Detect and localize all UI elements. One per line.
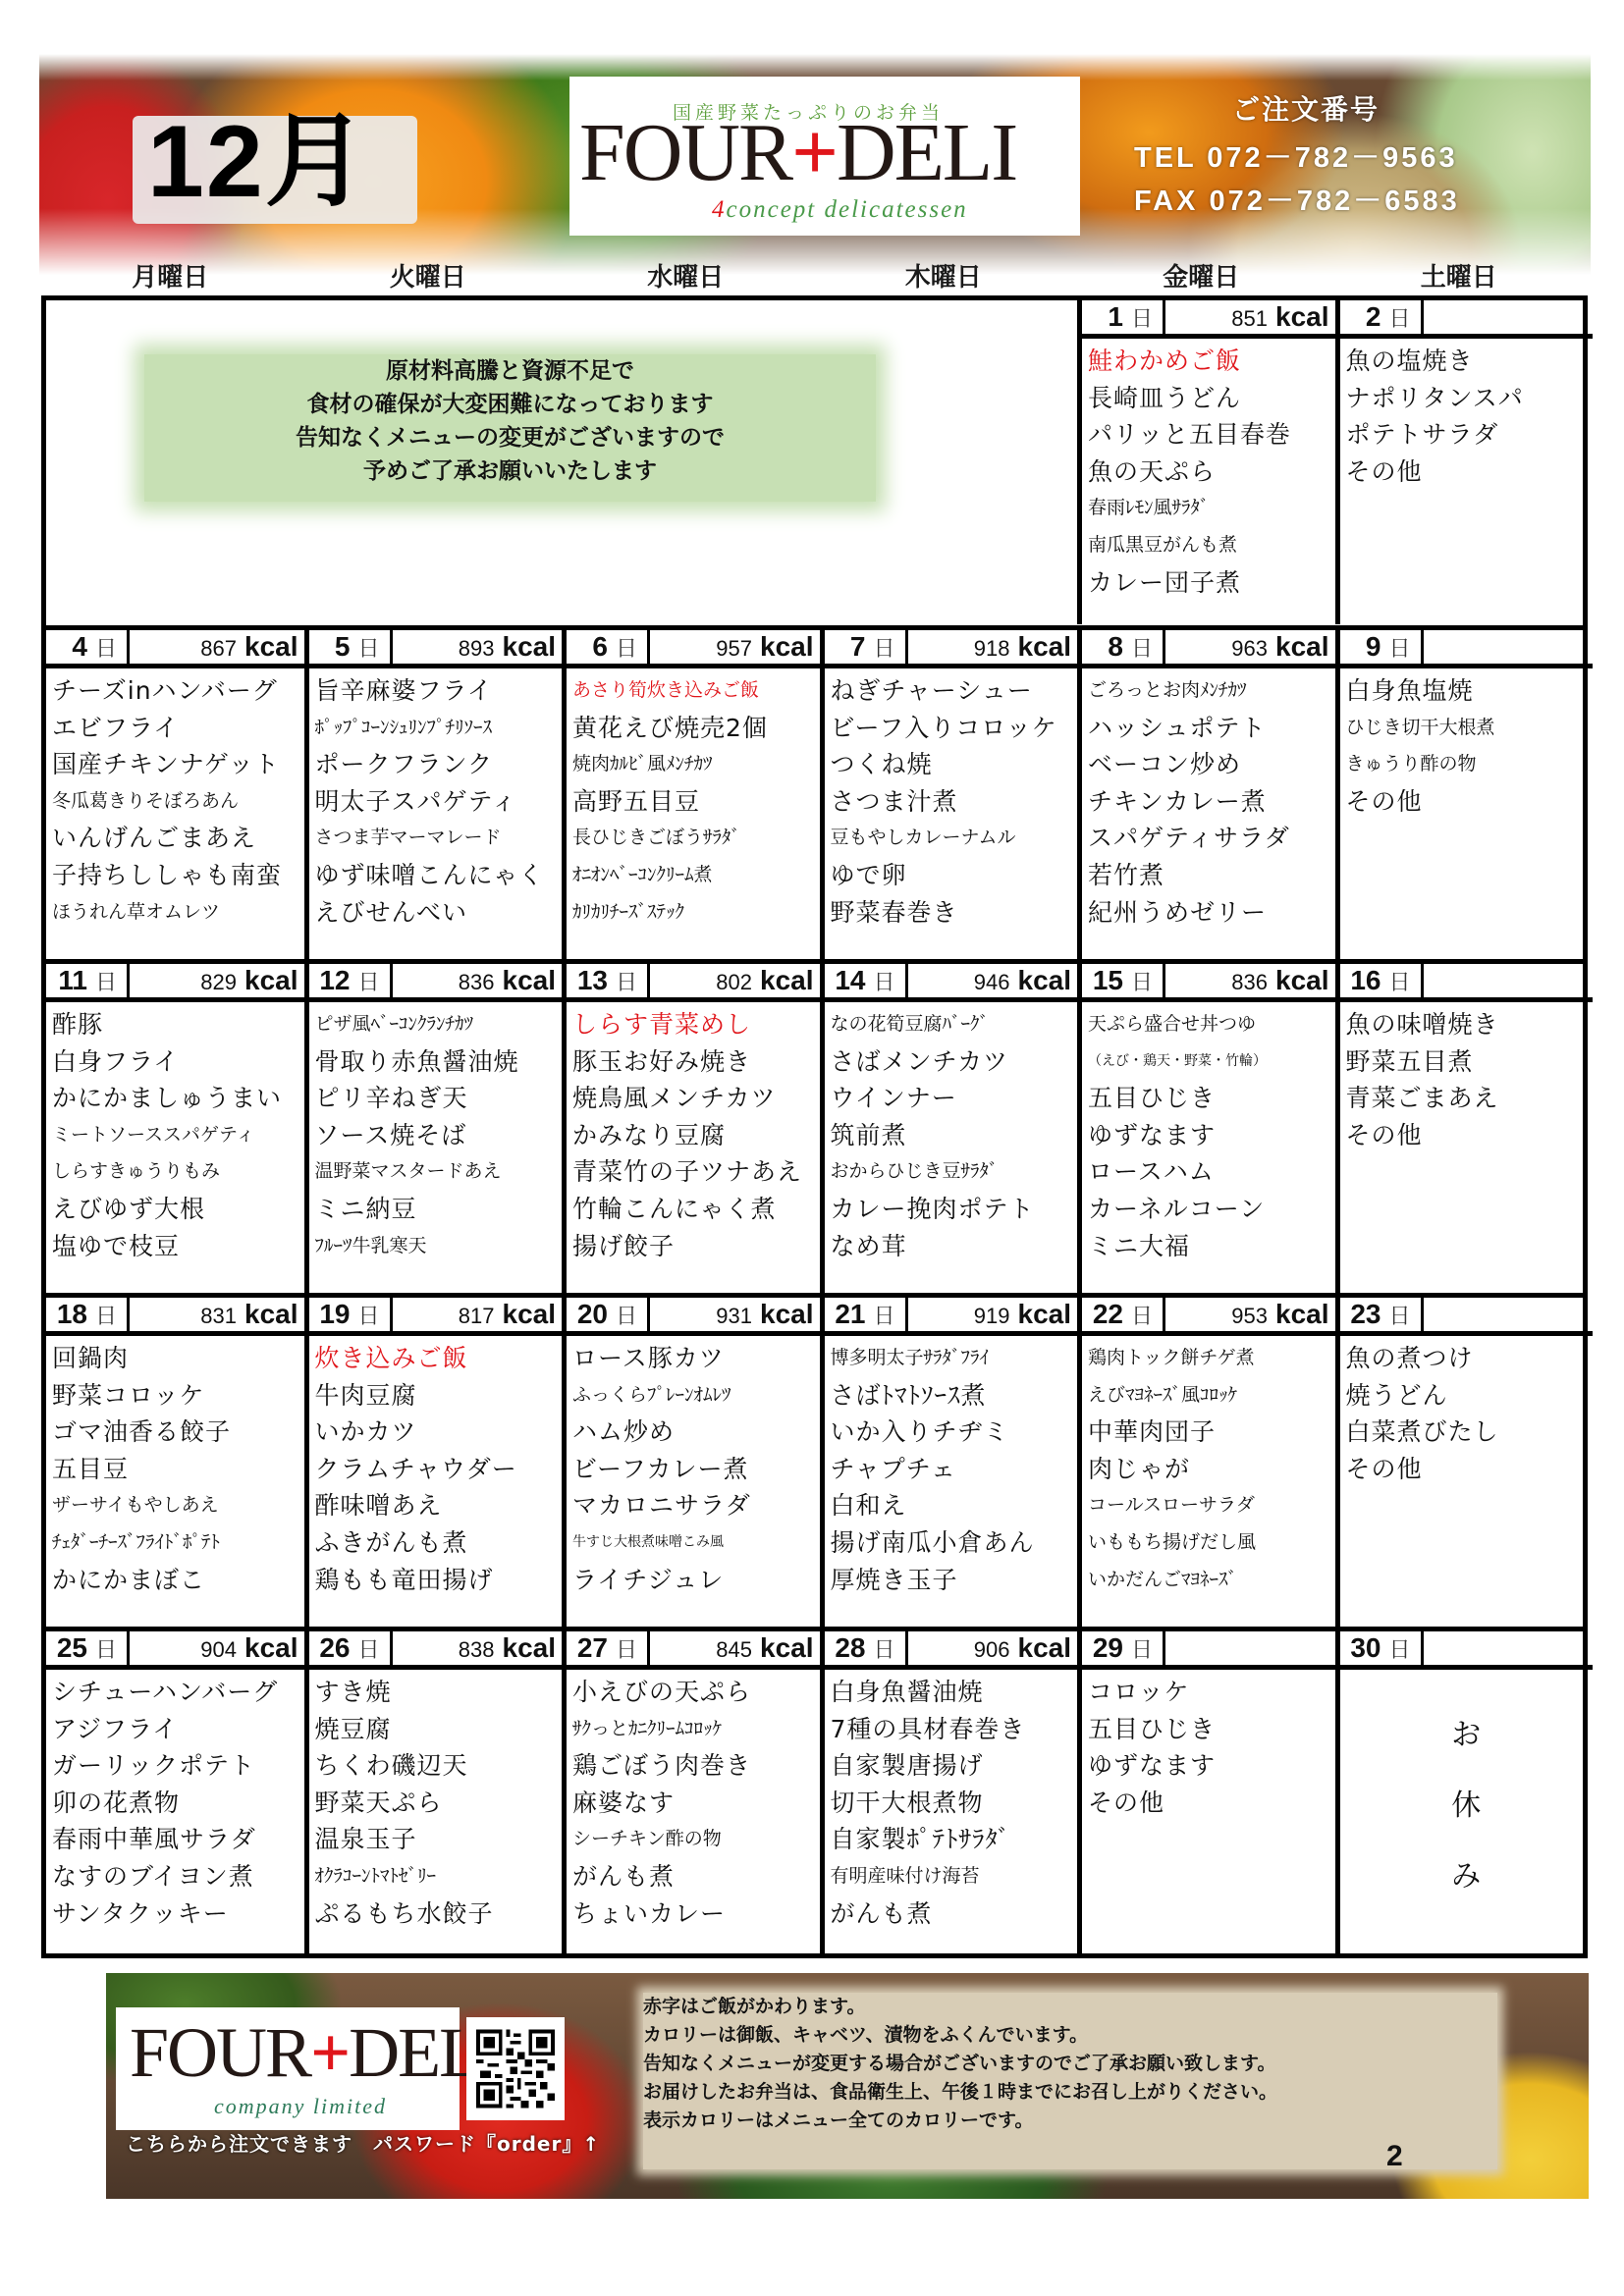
day-number-value: 16 [1348, 964, 1381, 997]
calendar-week-1: 原材料高騰と資源不足で 食材の確保が大変困難になっております 告知なくメニューの… [46, 300, 1583, 624]
menu-item: ﾎﾟｯﾌﾟｺｰﾝｼｭﾘﾝﾌﾟﾁﾘｿｰｽ [315, 710, 563, 747]
menu-item: 焼うどん [1346, 1377, 1594, 1415]
menu-item: 竹輪こんにゃく煮 [572, 1191, 820, 1228]
day-suffix: 日 [874, 1637, 895, 1662]
menu-item: 野菜春巻き [831, 894, 1078, 932]
day-suffix: 日 [1389, 970, 1411, 994]
menu-item: パリッと五目春巻 [1088, 416, 1335, 454]
menu-item-list: 白身魚醤油焼7種の具材春巻き自家製唐揚げ切干大根煮物自家製ﾎﾟﾃﾄｻﾗﾀﾞ有明産… [825, 1670, 1078, 1932]
logo-sub-text: concept delicatessen [727, 196, 968, 223]
day-header: 14日946kcal [825, 964, 1078, 1002]
day-suffix: 日 [358, 970, 380, 994]
day-header: 9日 [1340, 630, 1594, 668]
day-number: 23日 [1340, 1298, 1424, 1331]
menu-item: さばﾄﾏﾄｿｰｽ煮 [831, 1377, 1078, 1415]
notice-line: 告知なくメニューの変更がございますので [144, 421, 876, 454]
kcal-number: 817 [459, 1304, 495, 1328]
menu-item: 白身魚塩焼 [1346, 672, 1594, 710]
menu-item: 魚の天ぷら [1088, 454, 1335, 491]
menu-item-list: 天ぷら盛合せ丼つゆ（えび・鶏天・野菜・竹輪）五目ひじきゆずなますロースハムカーネ… [1082, 1002, 1335, 1264]
menu-item: ひじき切干大根煮 [1346, 710, 1594, 747]
day-cell-26: 26日838kcalすき焼焼豆腐ちくわ磯辺天野菜天ぷら温泉玉子ｵｸﾗｺｰﾝﾄﾏﾄ… [304, 1631, 563, 1953]
menu-item: ビーフカレー煮 [572, 1451, 820, 1488]
notice-cell: 原材料高騰と資源不足で 食材の確保が大変困難になっております 告知なくメニューの… [46, 300, 1076, 624]
menu-item: 酢味噌あえ [315, 1487, 563, 1524]
menu-item: ｵﾆｵﾝﾍﾞｰｺﾝｸﾘｰﾑ煮 [572, 857, 820, 894]
day-suffix: 日 [616, 970, 637, 994]
menu-item: ポテトサラダ [1346, 416, 1594, 454]
day-number-value: 20 [574, 1298, 608, 1331]
kcal-number: 957 [716, 636, 752, 661]
day-number-value: 14 [833, 964, 866, 997]
menu-item: ロースハム [1088, 1153, 1335, 1191]
day-number: 19日 [309, 1298, 393, 1331]
calorie-value: 836kcal [393, 964, 563, 997]
kcal-number: 946 [974, 970, 1010, 994]
day-suffix: 日 [358, 1637, 380, 1662]
day-number-value: 12 [317, 964, 351, 997]
day-number-value: 27 [574, 1631, 608, 1665]
menu-item: 切干大根煮物 [831, 1785, 1078, 1822]
menu-item: ﾌﾙｰﾂ牛乳寒天 [315, 1228, 563, 1265]
order-number-title: ご注文番号 [1232, 88, 1380, 128]
day-cell-13: 13日802kcalしらす青菜めし豚玉お好み焼き焼鳥風メンチカツかみなり豆腐青菜… [562, 964, 820, 1293]
day-cell-19: 19日817kcal炊き込みご飯牛肉豆腐いかカツクラムチャウダー酢味噌あえふきが… [304, 1298, 563, 1627]
calendar-week-5: 25日904kcalシチューハンバーグアジフライガーリックポテト卯の花煮物春雨中… [46, 1627, 1583, 1953]
day-suffix: 日 [358, 1304, 380, 1328]
menu-item: なの花筍豆腐ﾊﾞｰｸﾞ [831, 1006, 1078, 1043]
calorie-value [1424, 1631, 1594, 1665]
day-header: 19日817kcal [309, 1298, 563, 1336]
plus-icon: + [791, 107, 837, 198]
calorie-value: 836kcal [1165, 964, 1335, 997]
menu-item: 魚の煮つけ [1346, 1340, 1594, 1377]
day-number: 8日 [1082, 630, 1165, 664]
day-number: 29日 [1082, 1631, 1165, 1665]
day-number: 18日 [46, 1298, 130, 1331]
menu-item: 白身フライ [52, 1043, 304, 1081]
kcal-unit: kcal [244, 965, 298, 995]
calorie-value: 838kcal [393, 1631, 563, 1665]
menu-item: コロッケ [1088, 1674, 1335, 1711]
day-header: 16日 [1340, 964, 1594, 1002]
calorie-value [1424, 630, 1594, 664]
menu-item: クラムチャウダー [315, 1451, 563, 1488]
kcal-number: 963 [1231, 636, 1268, 661]
menu-item-list: 小えびの天ぷらｻｸっとｶﾆｸﾘｰﾑｺﾛｯｹ鶏ごぼう肉巻き麻婆なすシーチキン酢の物… [567, 1670, 820, 1932]
menu-item: 紀州うめゼリー [1088, 894, 1335, 932]
kcal-number: 838 [459, 1637, 495, 1662]
kcal-unit: kcal [760, 1299, 814, 1329]
menu-item: ゆずなます [1088, 1117, 1335, 1154]
kcal-number: 802 [716, 970, 752, 994]
day-cell-5: 5日893kcal旨辛麻婆フライﾎﾟｯﾌﾟｺｰﾝｼｭﾘﾝﾌﾟﾁﾘｿｰｽポークフラ… [304, 630, 563, 959]
day-number: 12日 [309, 964, 393, 997]
logo-word-four: FOUR [579, 107, 791, 198]
day-cell-14: 14日946kcalなの花筍豆腐ﾊﾞｰｸﾞさばメンチカツウインナー筑前煮おからひ… [820, 964, 1078, 1293]
menu-item: 卯の花煮物 [52, 1785, 304, 1822]
supply-notice-box: 原材料高騰と資源不足で 食材の確保が大変困難になっております 告知なくメニューの… [144, 354, 876, 502]
calorie-value: 906kcal [908, 1631, 1078, 1665]
menu-item: 揚げ餃子 [572, 1228, 820, 1265]
day-number-value: 30 [1348, 1631, 1381, 1665]
notice-line: 原材料高騰と資源不足で [144, 354, 876, 388]
day-cell-29: 29日コロッケ五目ひじきゆずなますその他 [1077, 1631, 1335, 1953]
day-number-value: 8 [1090, 630, 1123, 664]
menu-item-list: 白身魚塩焼ひじき切干大根煮きゅうり酢の物その他 [1340, 668, 1594, 820]
day-header: 15日836kcal [1082, 964, 1335, 1002]
day-header: 1日851kcal [1082, 300, 1335, 339]
menu-item: なめ茸 [831, 1228, 1078, 1265]
menu-calendar-grid: 原材料高騰と資源不足で 食材の確保が大変困難になっております 告知なくメニューの… [41, 295, 1588, 1958]
menu-item: ライチジュレ [572, 1562, 820, 1599]
calorie-value: 918kcal [908, 630, 1078, 664]
day-number: 13日 [567, 964, 650, 997]
menu-item: いかだんごﾏﾖﾈｰｽﾞ [1088, 1562, 1335, 1599]
footer-note: カロリーは御飯、キャベツ、漬物をふくんでいます。 [643, 2021, 1497, 2050]
day-number-value: 22 [1090, 1298, 1123, 1331]
day-header: 29日 [1082, 1631, 1335, 1670]
menu-item: 子持ちししゃも南蛮 [52, 857, 304, 894]
menu-item: 冬瓜葛きりそぼろあん [52, 783, 304, 821]
calorie-value: 829kcal [130, 964, 304, 997]
kcal-unit: kcal [503, 1299, 557, 1329]
day-number-value: 5 [317, 630, 351, 664]
menu-item: その他 [1346, 1117, 1594, 1154]
calorie-value: 919kcal [908, 1298, 1078, 1331]
kcal-unit: kcal [760, 631, 814, 662]
menu-item: 7種の具材春巻き [831, 1711, 1078, 1748]
footer-note: 告知なくメニューが変更する場合がございますのでご了承お願い致します。 [643, 2050, 1497, 2078]
menu-item: 酢豚 [52, 1006, 304, 1043]
menu-item-list: 酢豚白身フライかにかましゅうまいミートソーススパゲティしらすきゅうりもみえびゆず… [46, 1002, 304, 1264]
menu-item: 鶏ごぼう肉巻き [572, 1747, 820, 1785]
footer-logo-wordmark: FOUR+DELI [130, 2017, 502, 2088]
calorie-value: 867kcal [130, 630, 304, 664]
day-header: 26日838kcal [309, 1631, 563, 1670]
menu-item: カレー挽肉ポテト [831, 1191, 1078, 1228]
menu-item: 麻婆なす [572, 1785, 820, 1822]
rice-dish-item: 鮭わかめご飯 [1088, 343, 1335, 380]
kcal-unit: kcal [503, 631, 557, 662]
footer-note: 赤字はご飯がかわります。 [643, 1993, 1497, 2021]
menu-item: ナポリタンスパ [1346, 380, 1594, 417]
day-suffix: 日 [616, 1637, 637, 1662]
menu-item: 中華肉団子 [1088, 1414, 1335, 1451]
menu-item: えびゆず大根 [52, 1191, 304, 1228]
menu-item: ハム炒め [572, 1414, 820, 1451]
calorie-value: 946kcal [908, 964, 1078, 997]
day-cell-15: 15日836kcal天ぷら盛合せ丼つゆ（えび・鶏天・野菜・竹輪）五目ひじきゆずな… [1077, 964, 1335, 1293]
menu-item: ミニ納豆 [315, 1191, 563, 1228]
day-header: 7日918kcal [825, 630, 1078, 668]
kcal-unit: kcal [1018, 631, 1072, 662]
day-cell-16: 16日魚の味噌焼き野菜五目煮青菜ごまあえその他 [1335, 964, 1594, 1293]
menu-item: 鶏肉トック餅チゲ煮 [1088, 1340, 1335, 1377]
calorie-value: 893kcal [393, 630, 563, 664]
day-number: 21日 [825, 1298, 908, 1331]
calorie-value [1424, 1298, 1594, 1331]
day-suffix: 日 [1131, 306, 1153, 331]
day-header: 11日829kcal [46, 964, 304, 1002]
menu-item: ミートソーススパゲティ [52, 1117, 304, 1154]
day-number-value: 18 [54, 1298, 87, 1331]
day-number: 7日 [825, 630, 908, 664]
menu-item: がんも煮 [572, 1858, 820, 1896]
menu-item: サンタクッキー [52, 1896, 304, 1933]
day-cell-27: 27日845kcal小えびの天ぷらｻｸっとｶﾆｸﾘｰﾑｺﾛｯｹ鶏ごぼう肉巻き麻婆… [562, 1631, 820, 1953]
menu-item: かみなり豆腐 [572, 1117, 820, 1154]
day-suffix: 日 [95, 970, 117, 994]
rice-dish-item: しらす青菜めし [572, 1006, 820, 1043]
menu-item: えびせんべい [315, 894, 563, 932]
kcal-unit: kcal [1018, 1299, 1072, 1329]
day-cell-30: 30日お休み [1335, 1631, 1594, 1953]
day-cell-18: 18日831kcal回鍋肉野菜コロッケゴマ油香る餃子五目豆ザーサイもやしあえﾁｪ… [46, 1298, 304, 1627]
menu-item-list: あさり筍炊き込みご飯黄花えび焼売2個焼肉ｶﾙﾋﾞ風ﾒﾝﾁｶﾂ高野五目豆長ひじきご… [567, 668, 820, 931]
menu-item: 長崎皿うどん [1088, 380, 1335, 417]
menu-item: ほうれん草オムレツ [52, 894, 304, 932]
menu-item: 厚焼き玉子 [831, 1562, 1078, 1599]
menu-item-list: シチューハンバーグアジフライガーリックポテト卯の花煮物春雨中華風サラダなすのブイ… [46, 1670, 304, 1932]
notice-line: 食材の確保が大変困難になっております [144, 388, 876, 421]
footer-company-logo: FOUR+DELI company limited [116, 2007, 460, 2130]
tel-number: TEL 072－782－9563 [1134, 135, 1458, 176]
day-number: 11日 [46, 964, 130, 997]
menu-item: 旨辛麻婆フライ [315, 672, 563, 710]
menu-item: ガーリックポテト [52, 1747, 304, 1785]
menu-item: 青菜竹の子ツナあえ [572, 1153, 820, 1191]
menu-item: 春雨ﾚﾓﾝ風ｻﾗﾀﾞ [1088, 490, 1335, 527]
logo-sub-number: 4 [712, 196, 727, 223]
calorie-value: 931kcal [650, 1298, 820, 1331]
kcal-number: 831 [200, 1304, 237, 1328]
menu-item: 天ぷら盛合せ丼つゆ [1088, 1006, 1335, 1043]
menu-item-list: 回鍋肉野菜コロッケゴマ油香る餃子五目豆ザーサイもやしあえﾁｪﾀﾞｰﾁｰｽﾞﾌﾗｲ… [46, 1336, 304, 1598]
day-suffix: 日 [1389, 1637, 1411, 1662]
day-header: 25日904kcal [46, 1631, 304, 1670]
kcal-number: 829 [200, 970, 237, 994]
menu-item: 長ひじきごぼうｻﾗﾀﾞ [572, 820, 820, 857]
day-header: 8日963kcal [1082, 630, 1335, 668]
menu-item: 南瓜黒豆がんも煮 [1088, 527, 1335, 564]
calorie-value: 963kcal [1165, 630, 1335, 664]
rice-dish-item: 炊き込みご飯 [315, 1340, 563, 1377]
calorie-value: 845kcal [650, 1631, 820, 1665]
kcal-number: 893 [459, 636, 495, 661]
menu-item: 自家製ﾎﾟﾃﾄｻﾗﾀﾞ [831, 1821, 1078, 1858]
online-order-link[interactable]: こちらから注文できます パスワード『order』↑ [126, 2128, 600, 2157]
day-suffix: 日 [1389, 1304, 1411, 1328]
day-number-value: 4 [54, 630, 87, 664]
footer-notes-box: 赤字はご飯がかわります。 カロリーは御飯、キャベツ、漬物をふくんでいます。 告知… [643, 1993, 1497, 2169]
day-header: 21日919kcal [825, 1298, 1078, 1336]
day-number-value: 13 [574, 964, 608, 997]
menu-item: 鶏もも竜田揚げ [315, 1562, 563, 1599]
closed-day-label: お休み [1340, 1700, 1594, 1912]
menu-item: 野菜天ぷら [315, 1785, 563, 1822]
day-suffix: 日 [874, 970, 895, 994]
footer-note: 表示カロリーはメニュー全てのカロリーです。 [643, 2107, 1497, 2135]
calendar-week-2: 4日867kcalチーズinハンバーグエビフライ国産チキンナゲット冬瓜葛きりそぼ… [46, 625, 1583, 959]
menu-item: 揚げ南瓜小倉あん [831, 1524, 1078, 1562]
calorie-value: 904kcal [130, 1631, 304, 1665]
kcal-unit: kcal [503, 965, 557, 995]
menu-item: 五目ひじき [1088, 1711, 1335, 1748]
day-cell-22: 22日953kcal鶏肉トック餅チゲ煮えびﾏﾖﾈｰｽﾞ風ｺﾛｯｹ中華肉団子肉じゃ… [1077, 1298, 1335, 1627]
menu-item: つくね焼 [831, 746, 1078, 783]
menu-item: いんげんごまあえ [52, 820, 304, 857]
calendar-week-4: 18日831kcal回鍋肉野菜コロッケゴマ油香る餃子五目豆ザーサイもやしあえﾁｪ… [46, 1293, 1583, 1627]
day-header: 20日931kcal [567, 1298, 820, 1336]
day-cell-20: 20日931kcalロース豚カツふっくらﾌﾟﾚｰﾝｵﾑﾚﾂハム炒めビーフカレー煮… [562, 1298, 820, 1627]
calorie-value: 851kcal [1165, 300, 1335, 334]
menu-item: その他 [1346, 454, 1594, 491]
order-qr-code-icon[interactable] [466, 2017, 565, 2120]
day-suffix: 日 [1389, 306, 1411, 331]
menu-item-list: 鶏肉トック餅チゲ煮えびﾏﾖﾈｰｽﾞ風ｺﾛｯｹ中華肉団子肉じゃがコールスローサラダ… [1082, 1336, 1335, 1598]
day-header: 4日867kcal [46, 630, 304, 668]
day-number-value: 9 [1348, 630, 1381, 664]
kcal-number: 931 [716, 1304, 752, 1328]
menu-item-list: 鮭わかめご飯長崎皿うどんパリッと五目春巻魚の天ぷら春雨ﾚﾓﾝ風ｻﾗﾀﾞ南瓜黒豆が… [1082, 339, 1335, 601]
day-number: 2日 [1340, 300, 1424, 334]
day-number-value: 25 [54, 1631, 87, 1665]
menu-item: 若竹煮 [1088, 857, 1335, 894]
closed-char: み [1340, 1842, 1594, 1912]
menu-item-list: 魚の味噌焼き野菜五目煮青菜ごまあえその他 [1340, 1002, 1594, 1153]
weekday-header: 月曜日 火曜日 水曜日 木曜日 金曜日 土曜日 [41, 257, 1588, 294]
menu-item: ぷるもち水餃子 [315, 1896, 563, 1933]
day-header: 2日 [1340, 300, 1594, 339]
menu-item: さばメンチカツ [831, 1043, 1078, 1081]
calendar-week-3: 11日829kcal酢豚白身フライかにかましゅうまいミートソーススパゲティしらす… [46, 959, 1583, 1293]
menu-item: 回鍋肉 [52, 1340, 304, 1377]
menu-item: ウインナー [831, 1080, 1078, 1117]
menu-item: 筑前煮 [831, 1117, 1078, 1154]
menu-item: 温泉玉子 [315, 1821, 563, 1858]
menu-item: チーズinハンバーグ [52, 672, 304, 710]
day-number-value: 26 [317, 1631, 351, 1665]
kcal-number: 867 [200, 636, 237, 661]
weekday-wed: 水曜日 [557, 257, 815, 294]
menu-item-list: しらす青菜めし豚玉お好み焼き焼鳥風メンチカツかみなり豆腐青菜竹の子ツナあえ竹輪こ… [567, 1002, 820, 1264]
kcal-unit: kcal [1275, 1299, 1329, 1329]
logo-wordmark: FOUR+DELI [579, 112, 1016, 194]
menu-item: 温野菜マスタードあえ [315, 1153, 563, 1191]
day-cell-4: 4日867kcalチーズinハンバーグエビフライ国産チキンナゲット冬瓜葛きりそぼ… [46, 630, 304, 959]
day-header: 22日953kcal [1082, 1298, 1335, 1336]
day-number-value: 19 [317, 1298, 351, 1331]
rice-dish-item: あさり筍炊き込みご飯 [572, 672, 820, 710]
day-suffix: 日 [95, 1637, 117, 1662]
menu-item: 牛肉豆腐 [315, 1377, 563, 1415]
weekday-mon: 月曜日 [41, 257, 299, 294]
day-cell-11: 11日829kcal酢豚白身フライかにかましゅうまいミートソーススパゲティしらす… [46, 964, 304, 1293]
day-number: 14日 [825, 964, 908, 997]
closed-char: お [1340, 1700, 1594, 1771]
menu-item: ソース焼そば [315, 1117, 563, 1154]
menu-item-list: 博多明太子ｻﾗﾀﾞﾌﾗｲさばﾄﾏﾄｿｰｽ煮いか入りチヂミチャプチェ白和え揚げ南瓜… [825, 1336, 1078, 1598]
menu-item: ﾁｪﾀﾞｰﾁｰｽﾞﾌﾗｲﾄﾞﾎﾟﾃﾄ [52, 1524, 304, 1562]
menu-item: 焼肉ｶﾙﾋﾞ風ﾒﾝﾁｶﾂ [572, 746, 820, 783]
calorie-value [1165, 1631, 1335, 1665]
fax-number: FAX 072－782－6583 [1134, 179, 1460, 219]
day-suffix: 日 [616, 636, 637, 661]
menu-item: 白和え [831, 1487, 1078, 1524]
kcal-number: 906 [974, 1637, 1010, 1662]
logo-word-deli: DELI [837, 107, 1016, 198]
day-header: 23日 [1340, 1298, 1594, 1336]
day-cell-1: 1日851kcal鮭わかめご飯長崎皿うどんパリッと五目春巻魚の天ぷら春雨ﾚﾓﾝ風… [1077, 300, 1335, 624]
day-header: 5日893kcal [309, 630, 563, 668]
menu-item: 肉じゃが [1088, 1451, 1335, 1488]
menu-item: 白身魚醤油焼 [831, 1674, 1078, 1711]
day-cell-9: 9日白身魚塩焼ひじき切干大根煮きゅうり酢の物その他 [1335, 630, 1594, 959]
menu-item: さつま汁煮 [831, 783, 1078, 821]
day-cell-6: 6日957kcalあさり筍炊き込みご飯黄花えび焼売2個焼肉ｶﾙﾋﾞ風ﾒﾝﾁｶﾂ高… [562, 630, 820, 959]
kcal-number: 851 [1231, 306, 1268, 331]
day-number: 1日 [1082, 300, 1165, 334]
menu-item: マカロニサラダ [572, 1487, 820, 1524]
day-number-value: 21 [833, 1298, 866, 1331]
day-number: 4日 [46, 630, 130, 664]
day-number-value: 28 [833, 1631, 866, 1665]
menu-item: スパゲティサラダ [1088, 820, 1335, 857]
menu-item-list: 魚の煮つけ焼うどん白菜煮びたしその他 [1340, 1336, 1594, 1487]
calorie-value: 802kcal [650, 964, 820, 997]
day-number: 28日 [825, 1631, 908, 1665]
menu-item: かにかましゅうまい [52, 1080, 304, 1117]
menu-item: シーチキン酢の物 [572, 1821, 820, 1858]
menu-item: 国産チキンナゲット [52, 746, 304, 783]
day-number: 30日 [1340, 1631, 1424, 1665]
menu-item-list: 魚の塩焼きナポリタンスパポテトサラダその他 [1340, 339, 1594, 490]
kcal-unit: kcal [1275, 631, 1329, 662]
day-number: 15日 [1082, 964, 1165, 997]
menu-item: アジフライ [52, 1711, 304, 1748]
brand-logo: 国産野菜たっぷりのお弁当 FOUR+DELI 4concept delicate… [569, 77, 1080, 236]
kcal-unit: kcal [1275, 301, 1329, 332]
menu-item: ゆで卵 [831, 857, 1078, 894]
menu-item: 春雨中華風サラダ [52, 1821, 304, 1858]
weekday-sat: 土曜日 [1330, 257, 1589, 294]
menu-item-list: ごろっとお肉ﾒﾝﾁｶﾂハッシュポテトベーコン炒めチキンカレー煮スパゲティサラダ若… [1082, 668, 1335, 931]
kcal-unit: kcal [760, 965, 814, 995]
kcal-number: 845 [716, 1637, 752, 1662]
calorie-value: 831kcal [130, 1298, 304, 1331]
day-number: 25日 [46, 1631, 130, 1665]
day-number: 16日 [1340, 964, 1424, 997]
day-header: 6日957kcal [567, 630, 820, 668]
menu-item-list: 旨辛麻婆フライﾎﾟｯﾌﾟｺｰﾝｼｭﾘﾝﾌﾟﾁﾘｿｰｽポークフランク明太子スパゲテ… [309, 668, 563, 931]
menu-item: カレー団子煮 [1088, 564, 1335, 602]
menu-item-list: ピザ風ﾍﾞｰｺﾝｸﾗﾝﾁｶﾂ骨取り赤魚醤油焼ピリ辛ねぎ天ソース焼そば温野菜マスタ… [309, 1002, 563, 1264]
kcal-unit: kcal [503, 1632, 557, 1663]
menu-item-list: すき焼焼豆腐ちくわ磯辺天野菜天ぷら温泉玉子ｵｸﾗｺｰﾝﾄﾏﾄｾﾞﾘｰぷるもち水餃… [309, 1670, 563, 1932]
menu-item: ビーフ入りコロッケ [831, 710, 1078, 747]
menu-item: さつま芋マーマレード [315, 820, 563, 857]
menu-item: 焼鳥風メンチカツ [572, 1080, 820, 1117]
calorie-value [1424, 964, 1594, 997]
day-header: 30日 [1340, 1631, 1594, 1670]
kcal-number: 918 [974, 636, 1010, 661]
menu-item: 五目ひじき [1088, 1080, 1335, 1117]
calorie-value: 817kcal [393, 1298, 563, 1331]
menu-item: ちくわ磯辺天 [315, 1747, 563, 1785]
menu-item: いかカツ [315, 1414, 563, 1451]
day-suffix: 日 [874, 1304, 895, 1328]
